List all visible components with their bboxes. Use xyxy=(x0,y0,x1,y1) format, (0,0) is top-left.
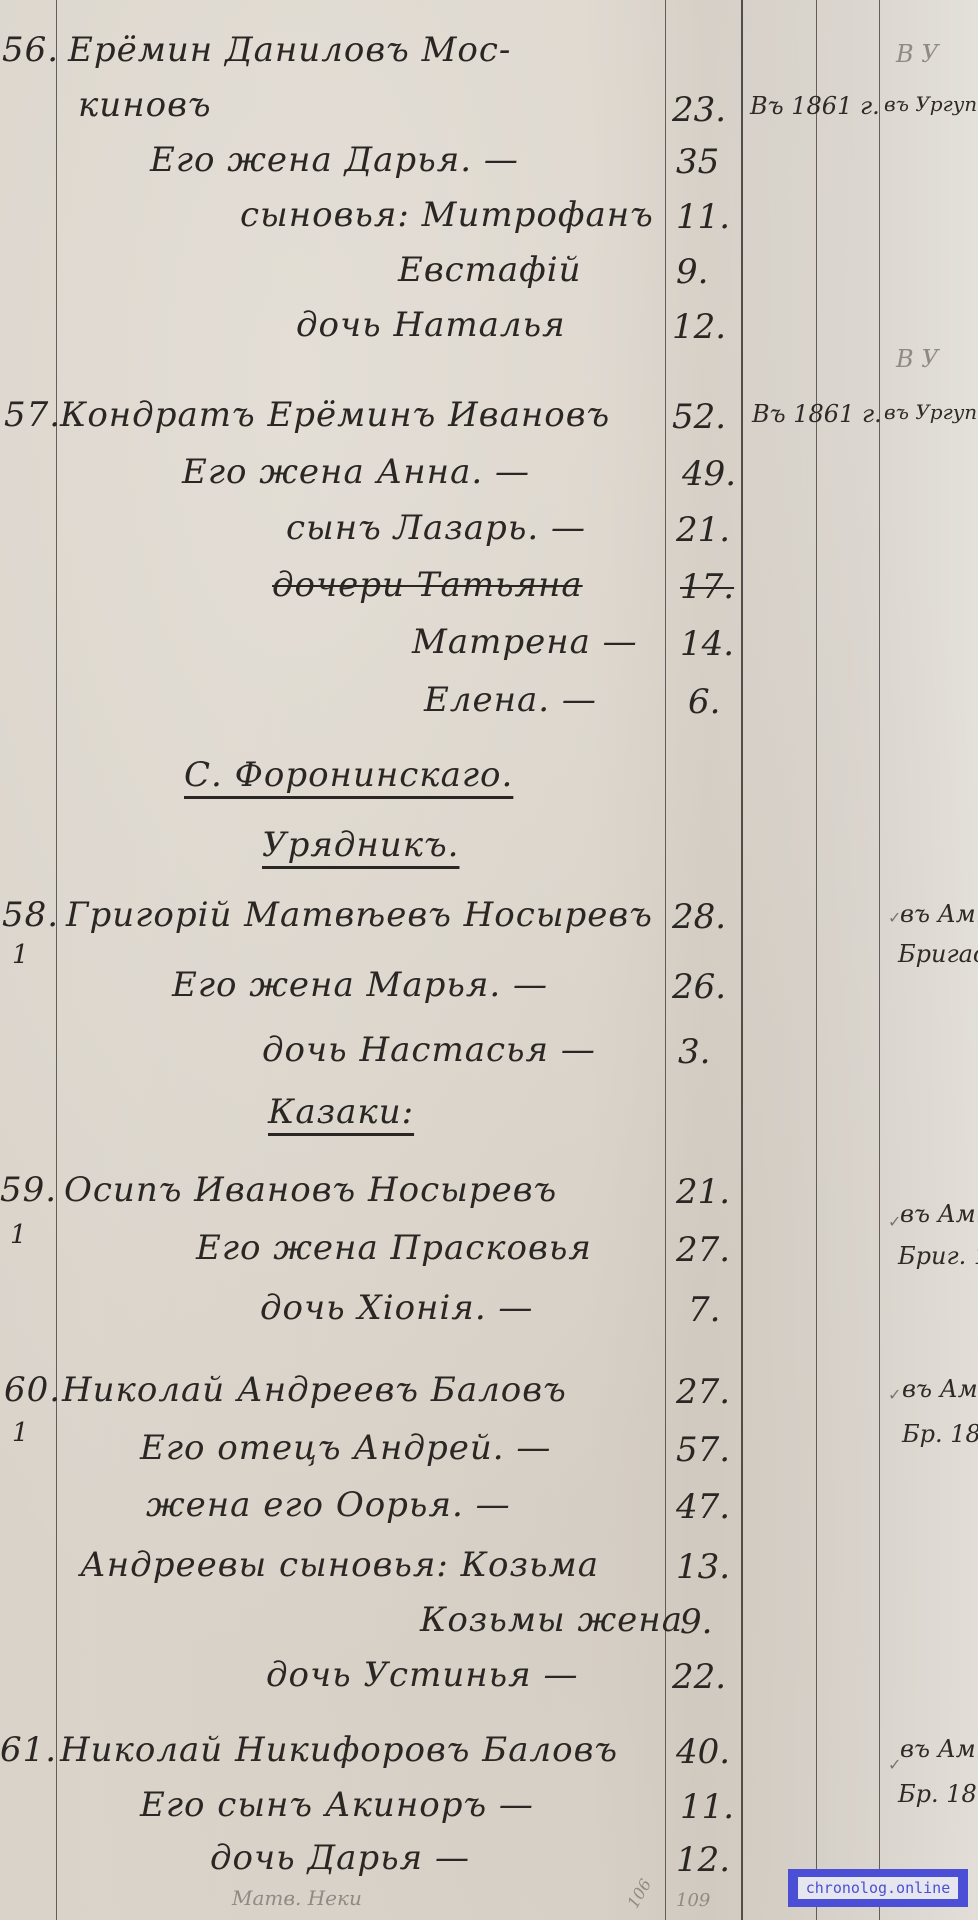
member-name: Андреевы сыновья: Козьма xyxy=(80,1545,599,1585)
column-rule-year xyxy=(816,0,817,1920)
household-head: Николай Никифоровъ Баловъ xyxy=(60,1730,618,1770)
age-value: 40. xyxy=(676,1732,730,1772)
member-age: 22. xyxy=(672,1657,726,1697)
column-rule-notes xyxy=(879,0,880,1920)
year-note: Въ 1861 г. xyxy=(750,92,880,120)
member-age: 12. xyxy=(676,1840,730,1880)
member-age: 6. xyxy=(688,682,720,722)
age-value: 27. xyxy=(676,1372,730,1412)
member-age: 26. xyxy=(672,967,726,1007)
side-mark: 1 xyxy=(12,1418,30,1448)
member-age: 9. xyxy=(680,1602,712,1642)
page-number: 109 xyxy=(676,1890,710,1911)
class-heading: Казаки: xyxy=(268,1092,414,1132)
member-name: сыновья: Митрофанъ xyxy=(240,195,654,235)
age-value: 21. xyxy=(676,1172,730,1212)
remark-note: Бр. 18 xyxy=(898,1780,977,1808)
household-head: Осипъ Ивановъ Носыревъ xyxy=(64,1170,557,1210)
remark-note: Бригад. 18 xyxy=(898,940,978,968)
household-number: 57. xyxy=(4,395,61,435)
member-name: Его жена Марья. — xyxy=(172,965,548,1005)
member-name: Матрена — xyxy=(412,622,638,662)
member-age: 9. xyxy=(676,252,708,292)
rank-heading: Урядникъ. xyxy=(262,825,459,865)
household-number: 56. xyxy=(2,30,59,70)
watermark-text: chronolog.online xyxy=(798,1877,959,1899)
watermark-badge: chronolog.online xyxy=(788,1869,968,1907)
member-name: дочь Хіонія. — xyxy=(260,1288,533,1328)
member-age: 21. xyxy=(676,510,730,550)
member-age: 14. xyxy=(680,624,734,664)
village-heading: С. Форонинскаго. xyxy=(184,755,513,795)
remark-note: въ Ургуп. Т. xyxy=(884,92,978,116)
member-name: Его отецъ Андрей. — xyxy=(140,1428,551,1468)
member-name: дочь Устинья — xyxy=(266,1655,578,1695)
pencil-signature: Матв. Неки xyxy=(232,1886,362,1910)
member-name: Евстафій xyxy=(398,250,582,290)
household-number: 58. xyxy=(2,895,59,935)
check-mark: ✓ xyxy=(888,1385,901,1404)
member-age: 35 xyxy=(676,142,719,182)
member-name: Его сынъ Акиноръ — xyxy=(140,1785,534,1825)
member-name: Его жена Дарья. — xyxy=(150,140,519,180)
column-rule-age-right xyxy=(741,0,743,1920)
side-mark: 1 xyxy=(12,940,30,970)
remark-note: въ Ам. xyxy=(900,1735,978,1763)
pencil-mark: В У xyxy=(896,40,939,68)
pencil-mark: В У xyxy=(896,345,939,373)
remark-note: въ Ам. xyxy=(900,900,978,928)
member-age: 57. xyxy=(676,1430,730,1470)
remark-note: Бр. 18 xyxy=(902,1420,978,1448)
age-value: 23. xyxy=(672,90,726,130)
member-name: Его жена Прасковья xyxy=(196,1228,592,1268)
age-value: 28. xyxy=(672,897,726,937)
household-head: Николай Андреевъ Баловъ xyxy=(62,1370,567,1410)
member-name: дочь Дарья — xyxy=(210,1838,470,1878)
household-head: Кондратъ Ерёминъ Ивановъ xyxy=(60,395,610,435)
member-age: 47. xyxy=(676,1487,730,1527)
column-rule-number xyxy=(56,0,57,1920)
member-name: дочь Настасья — xyxy=(262,1030,596,1070)
member-age: 3. xyxy=(678,1032,710,1072)
member-age: 27. xyxy=(676,1230,730,1270)
year-note: Въ 1861 г. xyxy=(752,400,882,428)
remark-note: въ Ургуп. Т. xyxy=(884,400,978,424)
household-head: Ерёмин Даниловъ Мос- xyxy=(68,30,511,70)
member-age: 12. xyxy=(672,307,726,347)
member-age-struck: 17. xyxy=(680,567,734,607)
age-value: 52. xyxy=(672,397,726,437)
household-number: 59. xyxy=(0,1170,57,1210)
register-page: 56. Ерёмин Даниловъ Мос- киновъ 23. Въ 1… xyxy=(0,0,978,1920)
remark-note: въ Ам. xyxy=(902,1375,978,1403)
member-name: Елена. — xyxy=(424,680,597,720)
household-head-cont: киновъ xyxy=(78,85,212,125)
member-age: 13. xyxy=(676,1547,730,1587)
member-age: 7. xyxy=(688,1290,720,1330)
member-name: сынъ Лазарь. — xyxy=(286,508,586,548)
member-name-struck: дочери Татьяна xyxy=(272,565,583,605)
member-age: 11. xyxy=(676,197,730,237)
remark-note: Бриг. 18 xyxy=(898,1242,978,1270)
member-age: 11. xyxy=(680,1787,734,1827)
household-number: 61. xyxy=(0,1730,57,1770)
remark-note: въ Ам. xyxy=(900,1200,978,1228)
member-name: Его жена Анна. — xyxy=(182,452,530,492)
member-name: дочь Наталья xyxy=(296,305,566,345)
side-mark: 1 xyxy=(10,1220,28,1250)
member-name: Козьмы жена xyxy=(420,1600,683,1640)
member-name: жена его Оорья. — xyxy=(146,1485,511,1525)
member-age: 49. xyxy=(682,454,736,494)
page-number: 106 xyxy=(623,1876,655,1912)
household-number: 60. xyxy=(4,1370,61,1410)
household-head: Григорій Матвѣевъ Носыревъ xyxy=(66,895,653,935)
